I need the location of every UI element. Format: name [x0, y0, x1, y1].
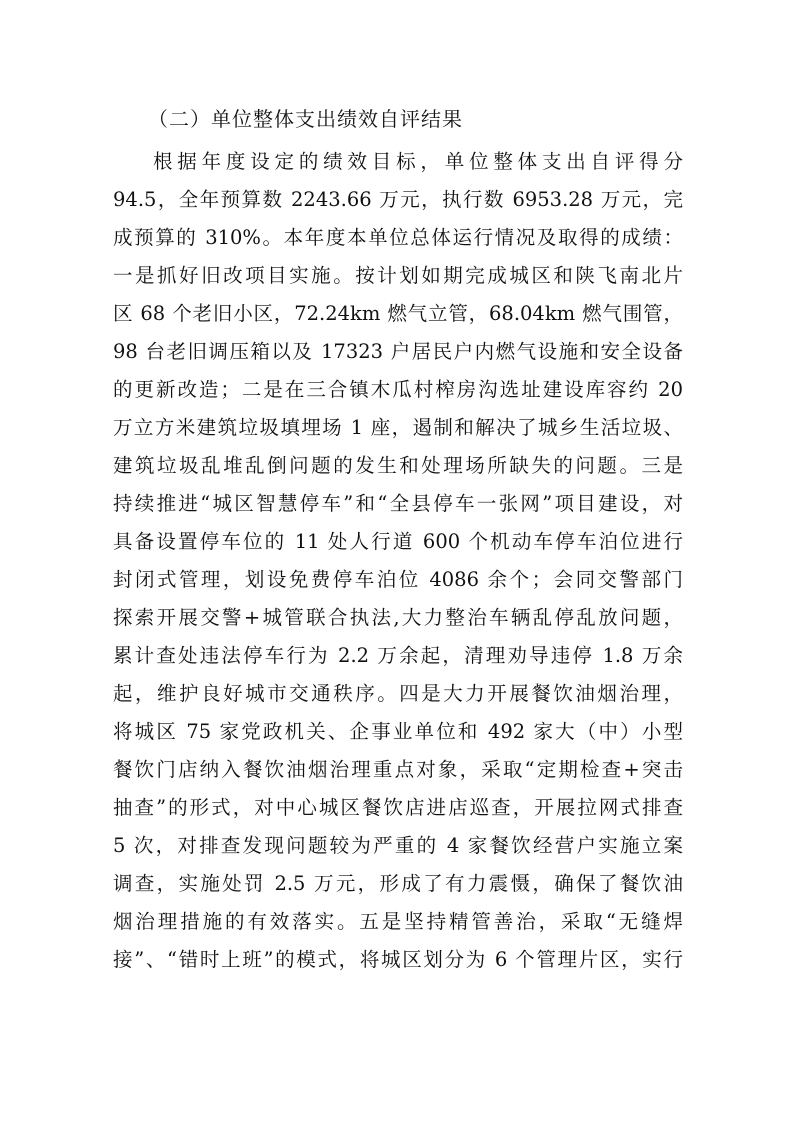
paragraph-line: 封闭式管理，划设免费停车泊位 4086 余个；会同交警部门 [113, 564, 683, 592]
paragraph-line: 5 次，对排查发现问题较为严重的 4 家餐饮经营户实施立案 [113, 830, 683, 858]
paragraph-line: 具备设置停车位的 11 处人行道 600 个机动车停车泊位进行 [113, 526, 683, 554]
paragraph-line: 持续推进“城区智慧停车”和“全县停车一张网”项目建设，对 [113, 488, 683, 516]
paragraph-line: 94.5，全年预算数 2243.66 万元，执行数 6953.28 万元，完 [113, 184, 683, 212]
paragraph-line: 一是抓好旧改项目实施。按计划如期完成城区和陕飞南北片 [113, 260, 683, 288]
paragraph-line: 98 台老旧调压箱以及 17323 户居民户内燃气设施和安全设备 [113, 336, 683, 364]
paragraph-line: 接”、“错时上班”的模式，将城区划分为 6 个管理片区，实行 [113, 944, 683, 972]
paragraph-line: 万立方米建筑垃圾填埋场 1 座，遏制和解决了城乡生活垃圾、 [113, 412, 683, 440]
paragraph-line: 抽查”的形式，对中心城区餐饮店进店巡查，开展拉网式排查 [113, 792, 683, 820]
section-heading: （二）单位整体支出绩效自评结果 [148, 103, 463, 132]
paragraph-line: 探索开展交警+城管联合执法,大力整治车辆乱停乱放问题， [113, 602, 683, 630]
paragraph-line: 区 68 个老旧小区，72.24km 燃气立管，68.04km 燃气围管， [113, 298, 683, 326]
paragraph-line: 成预算的 310%。本年度本单位总体运行情况及取得的成绩： [113, 222, 683, 250]
paragraph-line: 累计查处违法停车行为 2.2 万余起，清理劝导违停 1.8 万余 [113, 640, 683, 668]
paragraph-line: 餐饮门店纳入餐饮油烟治理重点对象，采取“定期检查+突击 [113, 754, 683, 782]
paragraph-line: 建筑垃圾乱堆乱倒问题的发生和处理场所缺失的问题。三是 [113, 450, 683, 478]
paragraph-line: 根据年度设定的绩效目标，单位整体支出自评得分 [153, 146, 683, 174]
document-page: （二）单位整体支出绩效自评结果 根据年度设定的绩效目标，单位整体支出自评得分 9… [0, 0, 793, 1122]
paragraph-line: 将城区 75 家党政机关、企事业单位和 492 家大（中）小型 [113, 716, 683, 744]
paragraph-line: 调查，实施处罚 2.5 万元，形成了有力震慑，确保了餐饮油 [113, 868, 683, 896]
paragraph-line: 的更新改造；二是在三合镇木瓜村榨房沟选址建设库容约 20 [113, 374, 683, 402]
paragraph-line: 起，维护良好城市交通秩序。四是大力开展餐饮油烟治理， [113, 678, 683, 706]
paragraph-line: 烟治理措施的有效落实。五是坚持精管善治，采取“无缝焊 [113, 906, 683, 934]
